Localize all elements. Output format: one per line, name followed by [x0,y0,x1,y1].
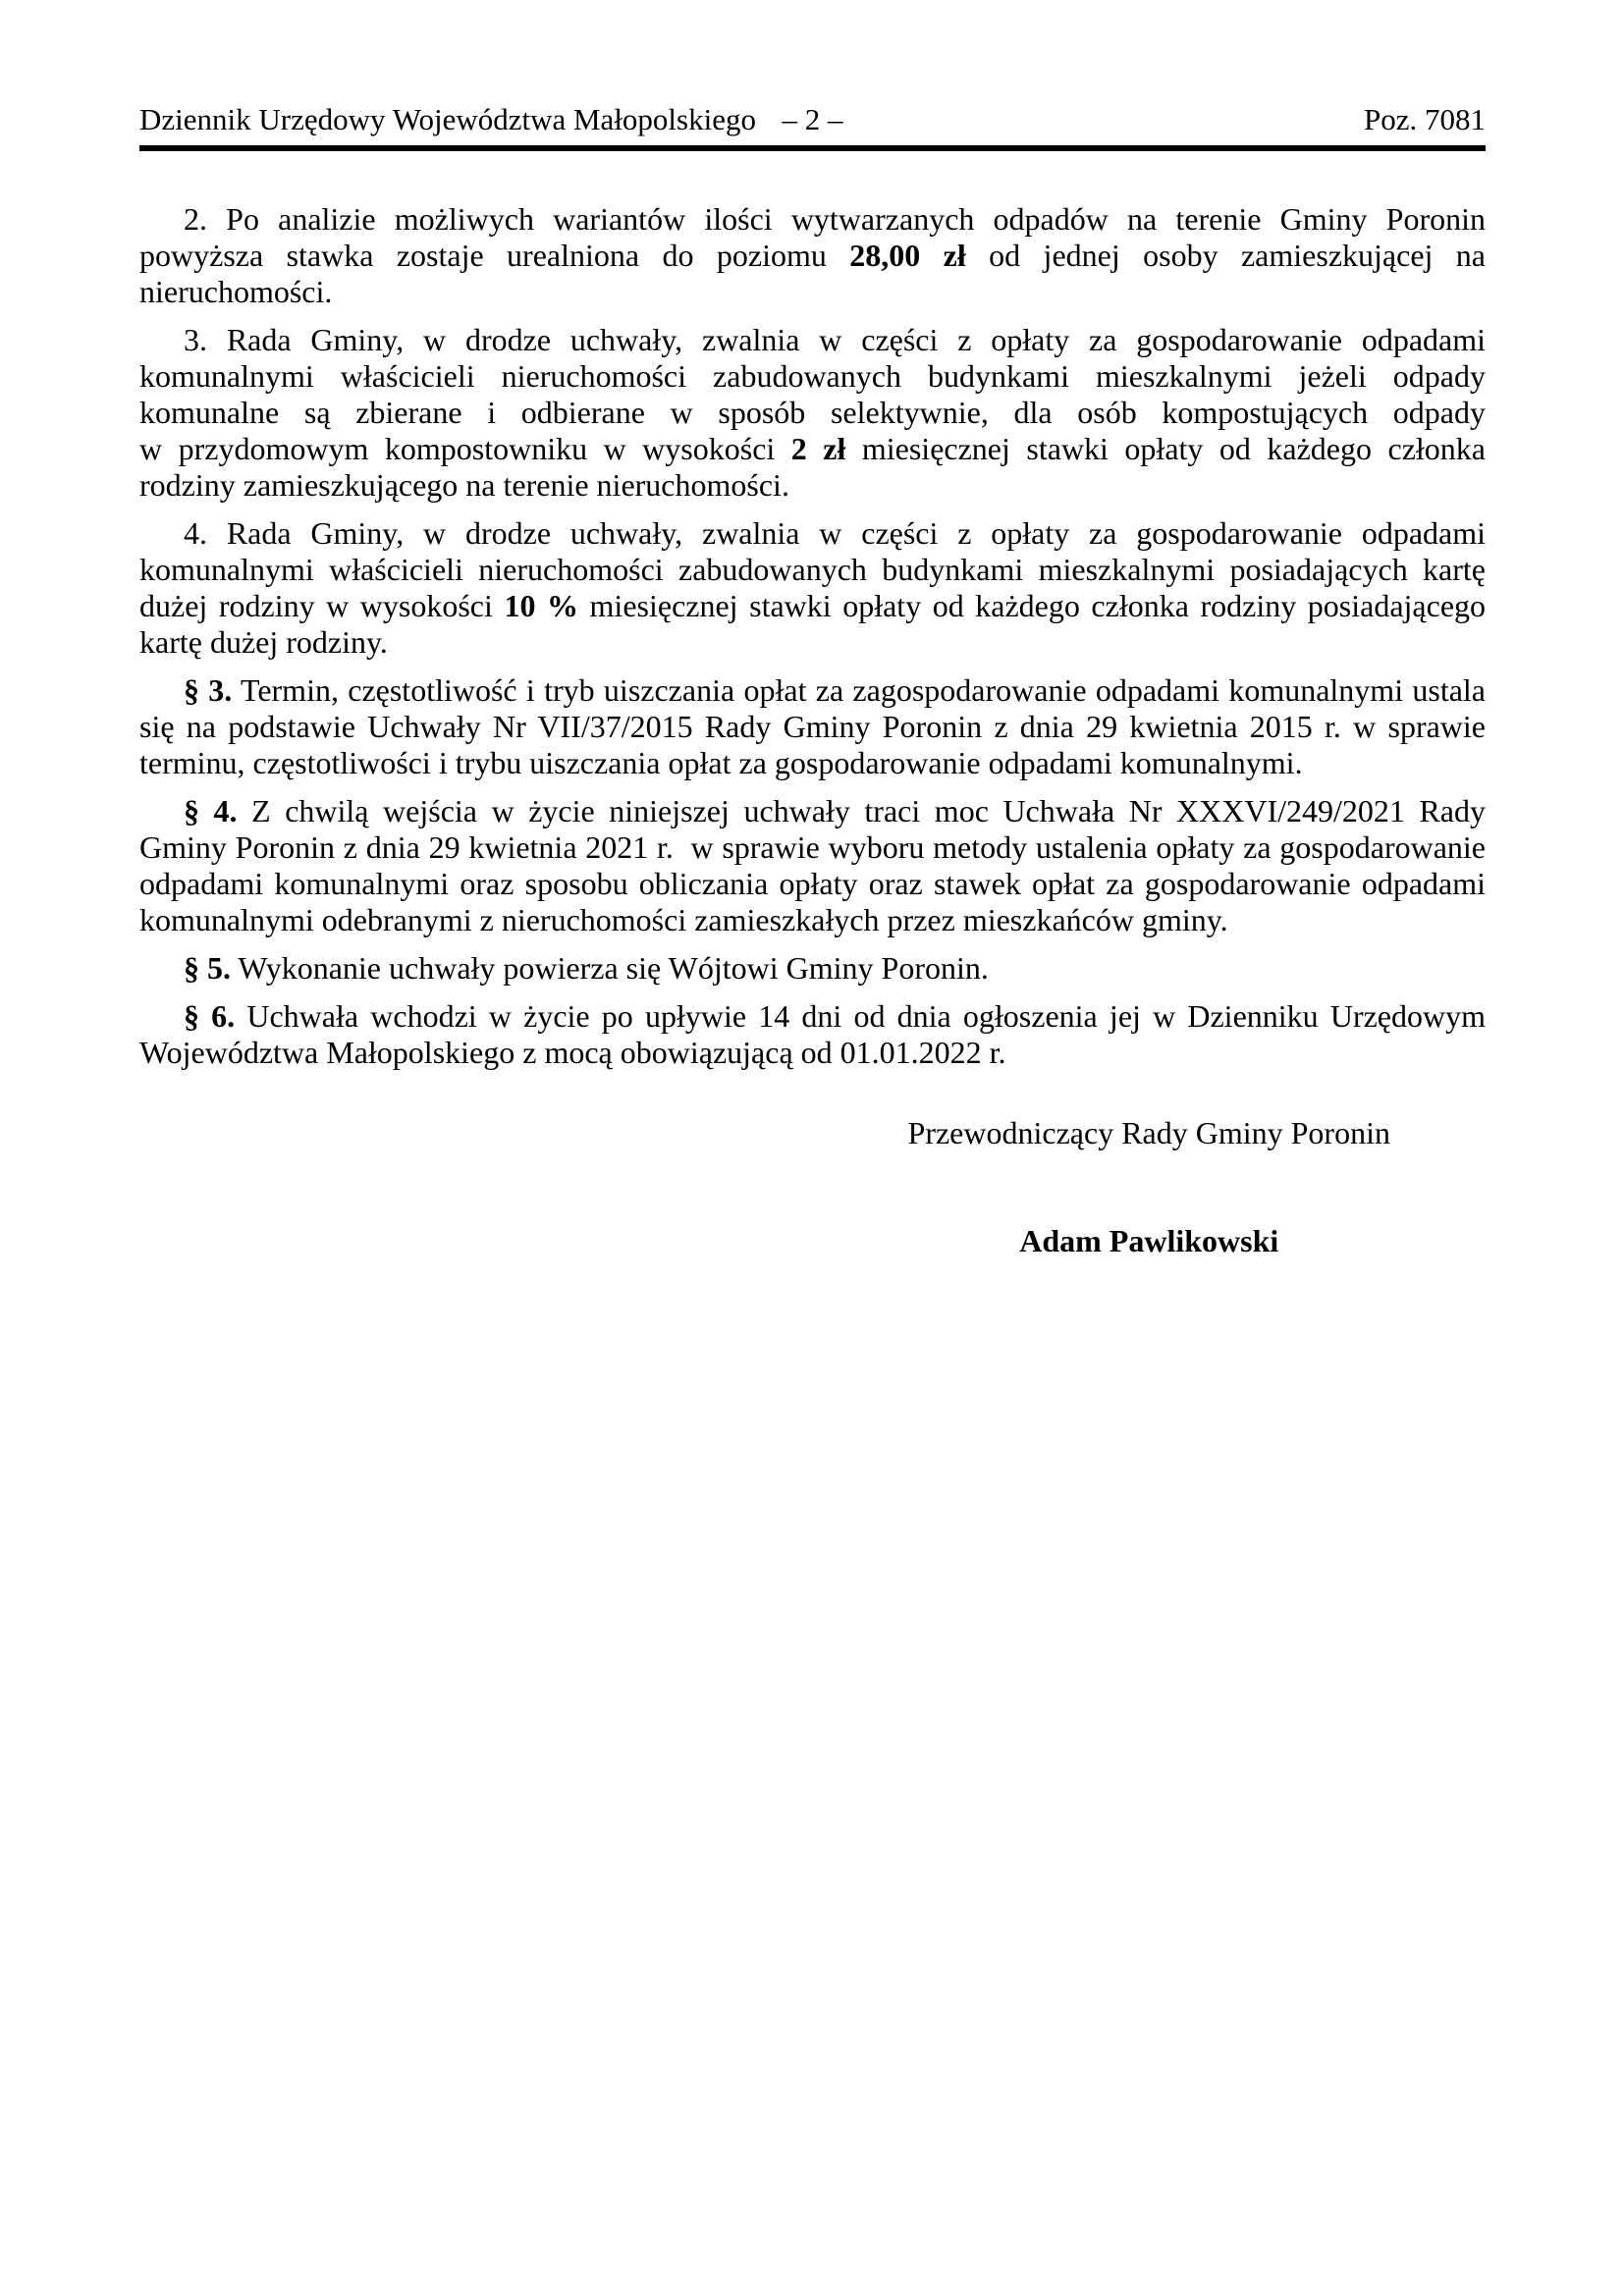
signature-block: Przewodniczący Rady Gminy Poronin Adam P… [813,1115,1487,1259]
header-divider-rule [139,145,1486,151]
paragraph-point-3: 3. Rada Gminy, w drodze uchwały, zwalnia… [139,322,1486,504]
document-body: 2. Po analizie możliwych wariantów ilośc… [139,201,1486,1071]
paragraph-text: Termin, częstotliwość i tryb uiszczania … [139,672,1486,780]
document-page: Dziennik Urzędowy Województwa Małopolski… [0,0,1624,2296]
paragraph-text: Wykonanie uchwały powierza się Wójtowi G… [231,950,989,986]
header-page-number: – 2 – [783,103,843,136]
paragraph-section-3: § 3. Termin, częstotliwość i tryb uiszcz… [139,672,1486,781]
section-5-label: § 5. [184,950,231,986]
bold-percent-amount: 10 % [504,588,578,623]
paragraph-point-4: 4. Rada Gminy, w drodze uchwały, zwalnia… [139,515,1486,661]
header-journal-title: Dziennik Urzędowy Województwa Małopolski… [139,103,783,136]
signature-name: Adam Pawlikowski [813,1223,1487,1259]
page-header: Dziennik Urzędowy Województwa Małopolski… [139,103,1486,136]
section-3-label: § 3. [184,672,232,708]
paragraph-point-2: 2. Po analizie możliwych wariantów ilośc… [139,201,1486,310]
header-position-number: Poz. 7081 [843,103,1487,136]
signature-title: Przewodniczący Rady Gminy Poronin [813,1115,1487,1151]
paragraph-section-4: § 4. Z chwilą wejścia w życie niniejszej… [139,793,1486,938]
bold-discount-amount: 2 zł [791,431,846,466]
section-6-label: § 6. [184,998,235,1034]
paragraph-text: Z chwilą wejścia w życie niniejszej uchw… [139,793,1486,937]
paragraph-section-5: § 5. Wykonanie uchwały powierza się Wójt… [139,950,1486,987]
bold-rate-amount: 28,00 zł [849,238,966,273]
paragraph-section-6: § 6. Uchwała wchodzi w życie po upływie … [139,998,1486,1071]
section-4-label: § 4. [184,793,238,828]
paragraph-text: Uchwała wchodzi w życie po upływie 14 dn… [139,998,1486,1070]
